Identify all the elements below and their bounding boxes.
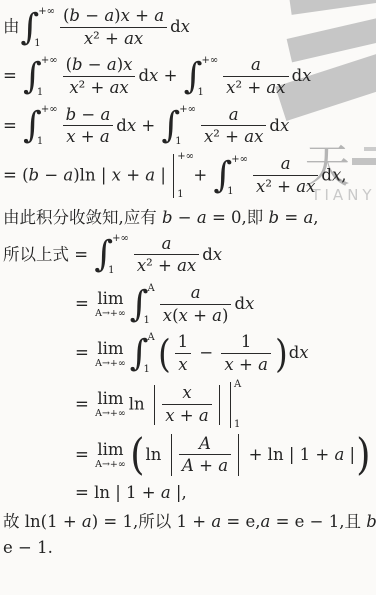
integral-limits: +∞1: [41, 105, 58, 147]
math-text: a: [100, 105, 110, 124]
fraction: (b − a)xx² + ax: [63, 55, 136, 98]
integral: ∫A1: [130, 333, 155, 375]
big-paren: ): [356, 437, 370, 473]
numerator: b − a: [63, 105, 114, 126]
math-text: a: [212, 306, 222, 325]
integral: ∫+∞1: [162, 105, 196, 147]
numerator: a: [223, 55, 288, 76]
math-text: 故 ln(1 +: [3, 512, 82, 531]
math-text: +: [194, 456, 218, 475]
integral: ∫+∞1: [94, 234, 128, 276]
math-text: −: [194, 343, 218, 362]
math-text: x: [332, 165, 341, 184]
math-text: −: [173, 208, 197, 227]
math-text: =: [75, 343, 94, 362]
evaluation-bar-line: [230, 382, 231, 428]
denominator: A + a: [179, 454, 231, 477]
math-text: x: [66, 127, 75, 146]
lower-limit: 1: [108, 266, 129, 276]
math-text: a: [161, 483, 171, 502]
math-text: d: [292, 66, 303, 85]
math-text: −: [80, 6, 104, 25]
math-text: d: [202, 245, 213, 264]
denominator: x² + ax: [201, 125, 266, 148]
math-text: x: [224, 355, 233, 374]
math-text: b: [162, 208, 173, 227]
math-text: x: [181, 17, 190, 36]
integral: ∫+∞1: [214, 155, 248, 197]
math-text: =: [3, 116, 22, 135]
math-text: ax: [177, 256, 196, 275]
integral-limits: +∞1: [38, 7, 55, 49]
upper-limit: A: [148, 284, 155, 294]
math-line-1: 由∫+∞1(b − a)x + ax² + axdx: [3, 6, 374, 49]
math-text: ,: [313, 208, 318, 227]
denominator: x(x + a): [160, 304, 232, 327]
math-text: x: [204, 127, 213, 146]
math-text: x: [84, 29, 93, 48]
numerator: 1: [221, 332, 270, 353]
upper-limit: +∞: [231, 155, 248, 165]
math-text: x: [213, 245, 222, 264]
math-text: +: [234, 355, 258, 374]
fraction: xx + a: [162, 383, 211, 426]
math-text: +: [121, 165, 145, 184]
fraction: ax² + ax: [223, 55, 288, 98]
math-text: +: [188, 306, 212, 325]
math-text: d: [170, 17, 181, 36]
math-text: = e,: [221, 512, 260, 531]
big-paren: ): [275, 338, 288, 370]
math-text: a: [211, 512, 221, 531]
integral-limits: +∞1: [179, 105, 196, 147]
numerator: a: [201, 105, 266, 126]
fraction: ax² + ax: [253, 154, 318, 197]
math-line-9: = limA→+∞ln xx + aA1: [75, 382, 374, 428]
numerator: a: [160, 283, 232, 304]
limit-subscript: A→+∞: [95, 409, 126, 419]
math-line-5: 由此积分收敛知,应有 b − a = 0,即 b = a,: [3, 204, 374, 228]
math-text: 所以上式 =: [3, 245, 93, 264]
math-text: = (: [3, 165, 29, 184]
math-line-11: = ln | 1 + a |,: [75, 483, 374, 502]
math-text: a: [251, 55, 261, 74]
numerator: a: [253, 154, 318, 175]
math-text: x: [163, 306, 172, 325]
math-text: = ln | 1 +: [75, 483, 161, 502]
math-text: ² +: [93, 29, 124, 48]
math-text: b: [269, 208, 280, 227]
math-text: ,: [341, 165, 346, 184]
integral: ∫+∞1: [23, 56, 57, 98]
upper-limit: +∞: [41, 56, 58, 66]
math-text: = e − 1,且: [270, 512, 366, 531]
denominator: x: [175, 353, 192, 376]
math-text: =: [75, 394, 94, 413]
math-text: a: [281, 154, 291, 173]
fraction: b − ax + a: [63, 105, 114, 148]
evaluation-bar-line: [173, 154, 174, 198]
lower-limit: 1: [144, 316, 155, 326]
math-line-12: 故 ln(1 + a) = 1,所以 1 + a = e,a = e − 1,且…: [3, 508, 374, 532]
abs-bar: [238, 434, 239, 476]
integral: ∫+∞1: [21, 7, 55, 49]
math-text: x: [127, 116, 136, 135]
numerator: a: [134, 234, 199, 255]
math-text: +: [130, 6, 154, 25]
math-text: x: [179, 306, 188, 325]
math-text: a: [162, 234, 172, 253]
math-text: A: [182, 456, 194, 475]
integral: ∫+∞1: [184, 56, 218, 98]
big-paren: (: [158, 338, 171, 370]
math-text: ² +: [235, 78, 266, 97]
limit: limA→+∞: [95, 441, 126, 470]
math-text: ax: [124, 29, 143, 48]
lower-limit: 1: [37, 137, 58, 147]
math-text: −: [83, 55, 107, 74]
math-text: a: [107, 55, 117, 74]
lower-limit: 1: [227, 187, 248, 197]
math-text: + ln | 1 +: [243, 445, 334, 464]
denominator: x² + ax: [223, 76, 288, 99]
math-text: +: [175, 406, 199, 425]
math-text: |: [344, 445, 355, 464]
math-text: +: [188, 165, 212, 184]
math-text: x: [280, 116, 289, 135]
lower-limit: 1: [177, 190, 183, 200]
math-text: x: [123, 55, 132, 74]
math-text: x: [69, 78, 78, 97]
fraction: ax² + ax: [201, 105, 266, 148]
numerator: 1: [175, 332, 192, 353]
integral: ∫+∞1: [23, 105, 57, 147]
math-text: a: [258, 355, 268, 374]
integral: ∫A1: [130, 284, 155, 326]
math-text: ² +: [146, 256, 177, 275]
upper-limit: +∞: [177, 152, 194, 162]
denominator: x² + ax: [60, 27, 167, 50]
math-text: x: [112, 165, 121, 184]
math-text: =: [75, 294, 94, 313]
limit-subscript: A→+∞: [95, 460, 126, 470]
math-text: x: [178, 355, 187, 374]
math-text: )ln |: [73, 165, 111, 184]
fraction: ax(x + a): [160, 283, 232, 326]
integral-limits: +∞1: [112, 234, 129, 276]
math-text: ² +: [79, 78, 110, 97]
math-text: +: [76, 127, 100, 146]
math-text: a: [197, 208, 207, 227]
fraction: 1x: [175, 332, 192, 375]
math-text: ln: [146, 445, 167, 464]
limit-word: lim: [95, 390, 126, 408]
math-text: b: [29, 165, 40, 184]
math-text: b: [366, 512, 376, 531]
big-paren: (: [130, 437, 144, 473]
limit-word: lim: [95, 340, 126, 358]
math-text: ax: [296, 177, 315, 196]
math-text: b: [72, 55, 83, 74]
lower-limit: 1: [34, 39, 55, 49]
math-line-13: e − 1.: [3, 538, 374, 557]
math-text: x: [302, 66, 311, 85]
math-text: +: [158, 66, 182, 85]
fraction: ax² + ax: [134, 234, 199, 277]
fraction: 1x + a: [221, 332, 270, 375]
math-text: a: [145, 165, 155, 184]
math-text: x: [165, 406, 174, 425]
limit-subscript: A→+∞: [95, 359, 126, 369]
lower-limit: 1: [234, 420, 240, 430]
math-text: ax: [244, 127, 263, 146]
math-line-8: = limA→+∞∫A1(1x − 1x + a)dx: [75, 332, 374, 375]
denominator: x + a: [162, 404, 211, 427]
evaluation-bar: A1: [228, 382, 245, 428]
math-text: a: [334, 445, 344, 464]
math-line-3: = ∫+∞1b − ax + adx + ∫+∞1ax² + axdx: [3, 105, 374, 148]
lower-limit: 1: [197, 88, 218, 98]
denominator: x² + ax: [63, 76, 136, 99]
integral-limits: +∞1: [41, 56, 58, 98]
math-text: a: [154, 6, 164, 25]
evaluation-bar: +∞1: [171, 154, 188, 198]
math-line-10: = limA→+∞(ln AA + a + ln | 1 + a |): [75, 434, 374, 477]
math-text: =: [3, 66, 22, 85]
math-text: 1: [241, 332, 252, 351]
math-line-2: = ∫+∞1(b − a)xx² + axdx + ∫+∞1ax² + axdx: [3, 55, 374, 98]
abs-bar: [171, 434, 172, 476]
denominator: x² + ax: [253, 175, 318, 198]
fraction: AA + a: [179, 434, 231, 477]
upper-limit: +∞: [179, 105, 196, 115]
numerator: (b − a)x: [63, 55, 136, 76]
abs-bar: [219, 385, 220, 425]
upper-limit: +∞: [112, 234, 129, 244]
math-text: +: [136, 116, 160, 135]
math-text: ² +: [213, 127, 244, 146]
upper-limit: +∞: [38, 7, 55, 17]
lower-limit: 1: [37, 88, 58, 98]
math-text: a: [104, 6, 114, 25]
fraction: (b − a)x + ax² + ax: [60, 6, 167, 49]
math-line-6: 所以上式 = ∫+∞1ax² + axdx: [3, 234, 374, 277]
math-text: d: [234, 294, 245, 313]
math-text: a: [303, 208, 313, 227]
limit-subscript: A→+∞: [95, 309, 126, 319]
math-text: =: [279, 208, 303, 227]
math-text: a: [218, 456, 228, 475]
math-text: 1: [178, 332, 189, 351]
math-text: −: [76, 105, 100, 124]
limit-word: lim: [95, 441, 126, 459]
limit-word: lim: [95, 290, 126, 308]
math-derivation: 由∫+∞1(b − a)x + ax² + axdx= ∫+∞1(b − a)x…: [0, 0, 376, 557]
math-text: 由此积分收敛知,应有: [3, 208, 162, 227]
math-text: d: [289, 343, 300, 362]
integral-limits: A1: [148, 333, 155, 375]
math-text: d: [138, 66, 149, 85]
math-text: x: [149, 66, 158, 85]
abs-bar: [154, 385, 155, 425]
numerator: (b − a)x + a: [60, 6, 167, 27]
math-text: e − 1.: [3, 538, 53, 557]
math-text: a: [191, 283, 201, 302]
numerator: A: [179, 434, 231, 455]
limit: limA→+∞: [95, 290, 126, 319]
math-text: b: [69, 6, 80, 25]
math-text: ): [222, 306, 228, 325]
denominator: x² + ax: [134, 254, 199, 277]
math-text: x: [182, 383, 191, 402]
math-text: a: [260, 512, 270, 531]
math-text: x: [137, 256, 146, 275]
math-text: ax: [266, 78, 285, 97]
math-text: d: [116, 116, 127, 135]
denominator: x + a: [221, 353, 270, 376]
upper-limit: A: [234, 380, 241, 390]
math-text: b: [66, 105, 77, 124]
upper-limit: +∞: [201, 56, 218, 66]
integral-limits: A1: [148, 284, 155, 326]
lower-limit: 1: [175, 137, 196, 147]
integral-limits: +∞1: [231, 155, 248, 197]
math-text: a: [82, 512, 92, 531]
math-text: x: [256, 177, 265, 196]
math-text: ) = 1,所以 1 +: [92, 512, 212, 531]
math-text: a: [100, 127, 110, 146]
limit: limA→+∞: [95, 340, 126, 369]
math-text: ax: [110, 78, 129, 97]
upper-limit: +∞: [41, 105, 58, 115]
math-text: |: [155, 165, 171, 184]
math-text: a: [229, 105, 239, 124]
math-text: x: [121, 6, 130, 25]
math-text: = 0,即: [207, 208, 269, 227]
math-text: ln: [129, 394, 150, 413]
limit: limA→+∞: [95, 390, 126, 419]
denominator: x + a: [63, 125, 114, 148]
math-text: A: [199, 434, 211, 453]
math-text: −: [39, 165, 63, 184]
upper-limit: A: [148, 333, 155, 343]
math-text: =: [75, 445, 94, 464]
math-text: x: [245, 294, 254, 313]
numerator: x: [162, 383, 211, 404]
math-text: |,: [171, 483, 187, 502]
math-text: d: [321, 165, 332, 184]
integral-limits: +∞1: [201, 56, 218, 98]
math-line-4: = (b − a)ln | x + a | +∞1 + ∫+∞1ax² + ax…: [3, 154, 374, 198]
scanned-math-solution-page: 天 TIANYI 由∫+∞1(b − a)x + ax² + axdx= ∫+∞…: [0, 0, 376, 595]
math-text: d: [269, 116, 280, 135]
math-text: 由: [3, 17, 20, 36]
math-text: x: [299, 343, 308, 362]
math-text: a: [199, 406, 209, 425]
lower-limit: 1: [144, 365, 155, 375]
math-text: a: [63, 165, 73, 184]
math-text: ² +: [265, 177, 296, 196]
math-line-7: = limA→+∞∫A1ax(x + a)dx: [75, 283, 374, 326]
